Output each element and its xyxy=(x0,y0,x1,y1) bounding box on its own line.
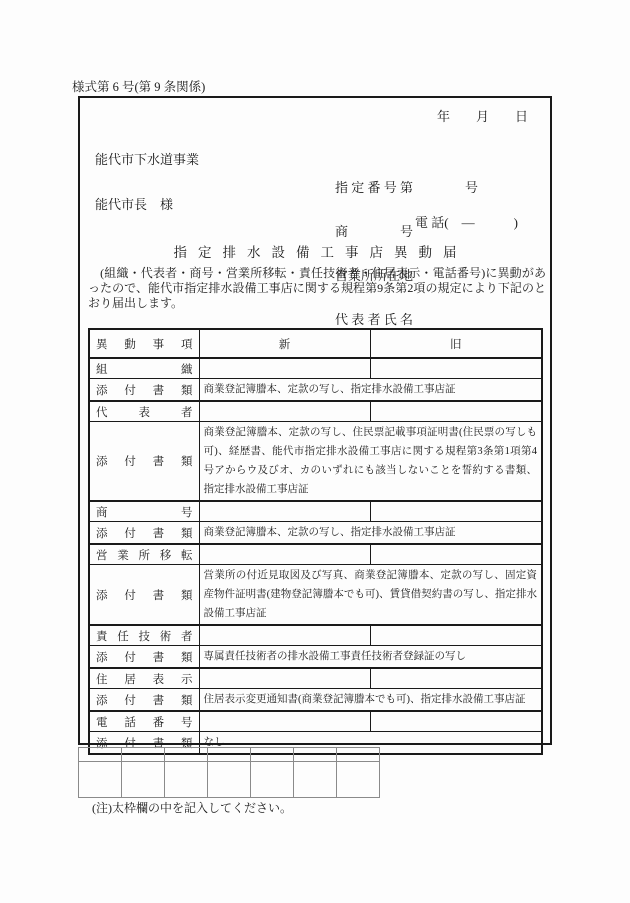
row-representative: 代表者 xyxy=(89,401,542,422)
header-old: 旧 xyxy=(370,329,542,358)
attachment-text: 営業所の付近見取図及び写真、商業登記簿謄本、定款の写し、固定資産物件証明書(建物… xyxy=(199,565,542,626)
stamp-cell xyxy=(79,748,122,762)
row-organization: 組織 xyxy=(89,358,542,379)
attachment-text: 商業登記簿謄本、定款の写し、住民票記載事項証明書(住民票の写しも可)、経歴書、能… xyxy=(199,422,542,502)
footnote: (注)太枠欄の中を記入してください。 xyxy=(92,799,292,816)
stamp-grid-header-row xyxy=(79,748,380,762)
old-value-cell xyxy=(370,625,542,646)
stamp-cell xyxy=(208,748,251,762)
addressee-mayor: 能代市長 様 xyxy=(95,197,199,212)
row-phone-number: 電話番号 xyxy=(89,711,542,732)
item-label: 電話番号 xyxy=(89,711,199,732)
stamp-cell xyxy=(294,748,337,762)
stamp-cell xyxy=(79,762,122,798)
phone-line: 電 話( ― ) xyxy=(415,212,518,231)
attachment-text: 住居表示変更通知書(商業登記簿謄本でも可)、指定排水設備工事店証 xyxy=(199,689,542,712)
document-title: 指定排水設備工事店異動届 xyxy=(80,241,550,261)
row-responsible-engineer: 責任技術者 xyxy=(89,625,542,646)
item-label: 営業所移転 xyxy=(89,544,199,565)
new-value-cell xyxy=(199,401,370,422)
attachment-row: 添付書類 営業所の付近見取図及び写真、商業登記簿謄本、定款の写し、固定資産物件証… xyxy=(89,565,542,626)
attachment-text: 専属責任技術者の排水設備工事責任技術者登録証の写し xyxy=(199,646,542,669)
attachment-label: 添付書類 xyxy=(89,689,199,712)
header-new: 新 xyxy=(199,329,370,358)
form-number-label: 様式第 6 号(第 9 条関係) xyxy=(72,77,205,95)
row-office-relocation: 営業所移転 xyxy=(89,544,542,565)
new-value-cell xyxy=(199,501,370,522)
stamp-cell xyxy=(122,762,165,798)
attachment-row: 添付書類 商業登記簿謄本、定款の写し、住民票記載事項証明書(住民票の写しも可)、… xyxy=(89,422,542,502)
item-label: 責任技術者 xyxy=(89,625,199,646)
approval-stamp-grid xyxy=(78,747,380,798)
item-label: 商号 xyxy=(89,501,199,522)
stamp-cell xyxy=(165,762,208,798)
attachment-row: 添付書類 商業登記簿謄本、定款の写し、指定排水設備工事店証 xyxy=(89,522,542,545)
attachment-label: 添付書類 xyxy=(89,379,199,402)
attachment-text: 商業登記簿謄本、定款の写し、指定排水設備工事店証 xyxy=(199,522,542,545)
stamp-cell xyxy=(165,748,208,762)
stamp-cell xyxy=(337,762,380,798)
stamp-cell xyxy=(122,748,165,762)
attachment-label: 添付書類 xyxy=(89,522,199,545)
stamp-grid-body-row xyxy=(79,762,380,798)
addressee-organization: 能代市下水道事業 xyxy=(95,152,199,167)
stamp-cell xyxy=(294,762,337,798)
date-line: 年 月 日 xyxy=(437,106,528,125)
stamp-cell xyxy=(337,748,380,762)
attachment-label: 添付書類 xyxy=(89,565,199,626)
stamp-cell xyxy=(251,748,294,762)
new-value-cell xyxy=(199,544,370,565)
attachment-text: 商業登記簿謄本、定款の写し、指定排水設備工事店証 xyxy=(199,379,542,402)
stamp-cell xyxy=(208,762,251,798)
addressee-block: 能代市下水道事業 能代市長 様 xyxy=(95,122,199,242)
item-label: 代表者 xyxy=(89,401,199,422)
item-label: 住居表示 xyxy=(89,668,199,689)
old-value-cell xyxy=(370,401,542,422)
new-value-cell xyxy=(199,711,370,732)
attachment-label: 添付書類 xyxy=(89,646,199,669)
document-page: 様式第 6 号(第 9 条関係) 年 月 日 能代市下水道事業 能代市長 様 指… xyxy=(0,0,630,903)
old-value-cell xyxy=(370,544,542,565)
row-trade-name: 商号 xyxy=(89,501,542,522)
old-value-cell xyxy=(370,668,542,689)
old-value-cell xyxy=(370,711,542,732)
table-header-row: 異動事項 新 旧 xyxy=(89,329,542,358)
stamp-cell xyxy=(251,762,294,798)
old-value-cell xyxy=(370,501,542,522)
body-paragraph: (組織・代表者・商号・営業所移転・責任技術者・住居表示・電話番号)に異動があった… xyxy=(88,266,546,311)
attachment-row: 添付書類 住居表示変更通知書(商業登記簿謄本でも可)、指定排水設備工事店証 xyxy=(89,689,542,712)
row-address-display: 住居表示 xyxy=(89,668,542,689)
attachment-row: 添付書類 商業登記簿謄本、定款の写し、指定排水設備工事店証 xyxy=(89,379,542,402)
new-value-cell xyxy=(199,625,370,646)
designation-number-line: 指 定 番 号 第 号 xyxy=(335,181,478,196)
attachment-row: 添付書類 専属責任技術者の排水設備工事責任技術者登録証の写し xyxy=(89,646,542,669)
form-border-box: 年 月 日 能代市下水道事業 能代市長 様 指 定 番 号 第 号 商 号 営業… xyxy=(78,96,552,745)
old-value-cell xyxy=(370,358,542,379)
new-value-cell xyxy=(199,358,370,379)
new-value-cell xyxy=(199,668,370,689)
change-items-table: 異動事項 新 旧 組織 添付書類 商業登記簿謄本、定款の写し、指定排水設備工事店… xyxy=(88,328,543,755)
item-label: 組織 xyxy=(89,358,199,379)
header-change-item: 異動事項 xyxy=(89,329,199,358)
representative-name-line: 代 表 者 氏 名 xyxy=(335,313,478,328)
attachment-label: 添付書類 xyxy=(89,422,199,502)
